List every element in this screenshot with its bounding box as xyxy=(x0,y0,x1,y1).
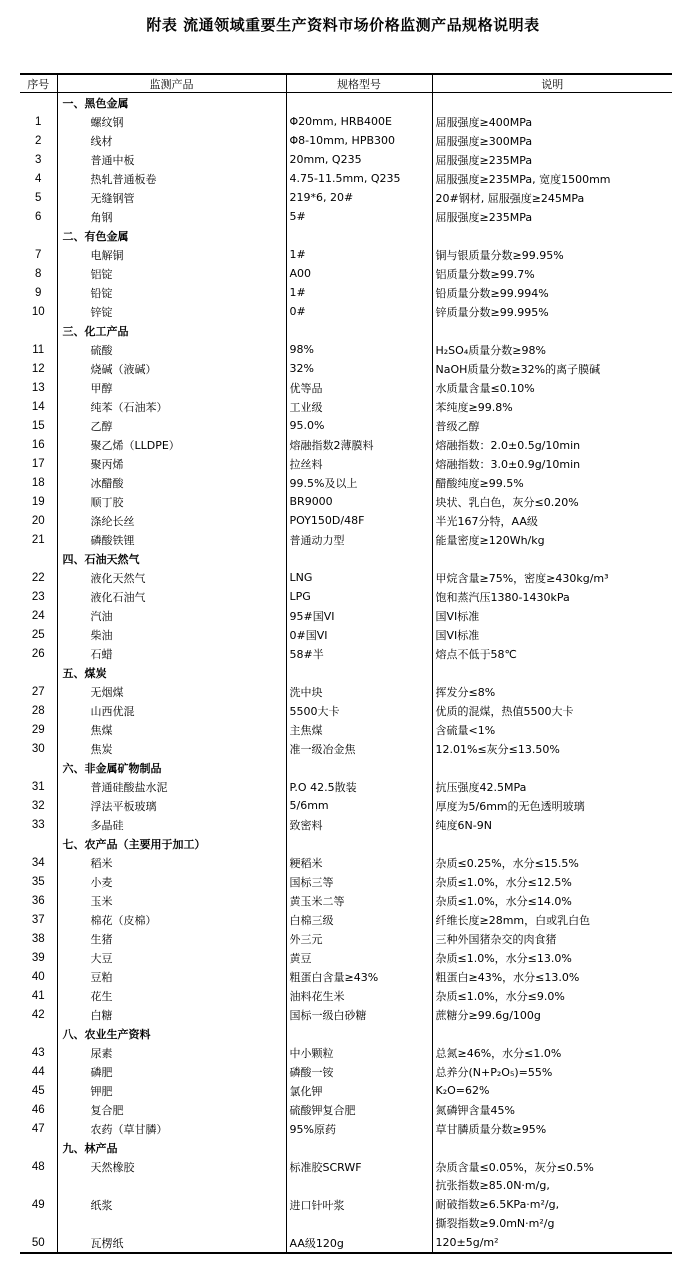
row-number: 35 xyxy=(20,872,57,891)
table-row: 29焦煤主焦煤含硫量<1% xyxy=(20,720,672,739)
table-row: 36玉米黄玉米二等杂质≤1.0%，水分≤14.0% xyxy=(20,891,672,910)
product-name: 涤纶长丝 xyxy=(57,511,286,530)
row-number: 33 xyxy=(20,815,57,834)
table-row: 26石蜡58#半熔点不低于58℃ xyxy=(20,644,672,663)
table-row: 47农药（草甘膦）95%原药草甘膦质量分数≥95% xyxy=(20,1119,672,1138)
row-number-cell xyxy=(20,663,57,682)
table-header-row: 序号 监测产品 规格型号 说明 xyxy=(20,74,672,93)
description: 国VI标准 xyxy=(432,625,672,644)
product-name: 螺纹钢 xyxy=(57,112,286,131)
product-name: 角钢 xyxy=(57,207,286,226)
category-label: 四、石油天然气 xyxy=(57,549,286,568)
row-number: 22 xyxy=(20,568,57,587)
spec-model: 4.75-11.5mm, Q235 xyxy=(286,169,432,188)
product-name: 锌锭 xyxy=(57,302,286,321)
spec-model: 5500大卡 xyxy=(286,701,432,720)
row-number: 50 xyxy=(20,1233,57,1253)
table-row: 11硫酸98%H₂SO₄质量分数≥98% xyxy=(20,340,672,359)
product-name: 无烟煤 xyxy=(57,682,286,701)
table-row: 2线材Φ8-10mm, HPB300屈服强度≥300MPa xyxy=(20,131,672,150)
table-row: 45钾肥氯化钾K₂O=62% xyxy=(20,1081,672,1100)
description: 粗蛋白≥43%，水分≤13.0% xyxy=(432,967,672,986)
spec-model: 5/6mm xyxy=(286,796,432,815)
spec-model: POY150D/48F xyxy=(286,511,432,530)
table-row: 5无缝钢管219*6, 20#20#钢材, 屈服强度≥245MPa xyxy=(20,188,672,207)
product-name: 普通硅酸盐水泥 xyxy=(57,777,286,796)
table-row: 6角钢5#屈服强度≥235MPa xyxy=(20,207,672,226)
product-name: 山西优混 xyxy=(57,701,286,720)
row-number: 23 xyxy=(20,587,57,606)
product-name: 乙醇 xyxy=(57,416,286,435)
spec-model: 黄玉米二等 xyxy=(286,891,432,910)
description: 苯纯度≥99.8% xyxy=(432,397,672,416)
row-number: 14 xyxy=(20,397,57,416)
category-row: 四、石油天然气 xyxy=(20,549,672,568)
spec-model: 32% xyxy=(286,359,432,378)
table-row: 25柴油0#国VI国VI标准 xyxy=(20,625,672,644)
description: 纯度6N-9N xyxy=(432,815,672,834)
category-label: 五、煤炭 xyxy=(57,663,286,682)
product-name: 棉花（皮棉） xyxy=(57,910,286,929)
table-row: 4热轧普通板卷4.75-11.5mm, Q235屈服强度≥235MPa, 宽度1… xyxy=(20,169,672,188)
description: 锌质量分数≥99.995% xyxy=(432,302,672,321)
table-row: 40豆粕粗蛋白含量≥43%粗蛋白≥43%，水分≤13.0% xyxy=(20,967,672,986)
spec-model: 进口针叶浆 xyxy=(286,1176,432,1233)
spec-model: 219*6, 20# xyxy=(286,188,432,207)
product-name: 石蜡 xyxy=(57,644,286,663)
table-row: 49纸浆进口针叶浆抗张指数≥85.0N·m/g,耐破指数≥6.5KPa·m²/g… xyxy=(20,1176,672,1233)
spec-model: Φ20mm, HRB400E xyxy=(286,112,432,131)
description: K₂O=62% xyxy=(432,1081,672,1100)
row-number: 38 xyxy=(20,929,57,948)
spec-model: 20mm, Q235 xyxy=(286,150,432,169)
spec-model: 洗中块 xyxy=(286,682,432,701)
spec-model: 白棉三级 xyxy=(286,910,432,929)
row-number: 32 xyxy=(20,796,57,815)
row-number: 40 xyxy=(20,967,57,986)
table-row: 12烧碱（液碱）32%NaOH质量分数≥32%的离子膜碱 xyxy=(20,359,672,378)
table-row: 19顺丁胶BR9000块状、乳白色，灰分≤0.20% xyxy=(20,492,672,511)
spec-model: 0# xyxy=(286,302,432,321)
spec-model: 国标三等 xyxy=(286,872,432,891)
description: 抗压强度42.5MPa xyxy=(432,777,672,796)
spec-model: 磷酸一铵 xyxy=(286,1062,432,1081)
spec-model: 中小颗粒 xyxy=(286,1043,432,1062)
description: 杂质≤1.0%，水分≤14.0% xyxy=(432,891,672,910)
spec-model: A00 xyxy=(286,264,432,283)
spec-model: 氯化钾 xyxy=(286,1081,432,1100)
row-number: 10 xyxy=(20,302,57,321)
product-name: 稻米 xyxy=(57,853,286,872)
product-name: 瓦楞纸 xyxy=(57,1233,286,1253)
product-name: 多晶硅 xyxy=(57,815,286,834)
row-number: 41 xyxy=(20,986,57,1005)
row-number: 9 xyxy=(20,283,57,302)
table-row: 20涤纶长丝POY150D/48F半光167分特，AA级 xyxy=(20,511,672,530)
description-line: 撕裂指数≥9.0mN·m²/g xyxy=(436,1214,673,1233)
spec-table: 序号 监测产品 规格型号 说明 一、黑色金属1螺纹钢Φ20mm, HRB400E… xyxy=(20,73,672,1254)
spec-model: 致密料 xyxy=(286,815,432,834)
row-number: 47 xyxy=(20,1119,57,1138)
table-row: 46复合肥硫酸钾复合肥氮磷钾含量45% xyxy=(20,1100,672,1119)
table-row: 30焦炭准一级冶金焦12.01%≤灰分≤13.50% xyxy=(20,739,672,758)
row-number-cell xyxy=(20,1138,57,1157)
spec-model: 硫酸钾复合肥 xyxy=(286,1100,432,1119)
category-label: 三、化工产品 xyxy=(57,321,286,340)
description: 杂质≤1.0%，水分≤13.0% xyxy=(432,948,672,967)
product-name: 小麦 xyxy=(57,872,286,891)
header-no: 序号 xyxy=(20,74,57,93)
row-number: 30 xyxy=(20,739,57,758)
spec-cell xyxy=(286,226,432,245)
spec-model: LPG xyxy=(286,587,432,606)
spec-cell xyxy=(286,321,432,340)
product-name: 电解铜 xyxy=(57,245,286,264)
desc-cell xyxy=(432,226,672,245)
header-product: 监测产品 xyxy=(57,74,286,93)
description: 杂质≤1.0%，水分≤12.5% xyxy=(432,872,672,891)
row-number: 2 xyxy=(20,131,57,150)
description: 能量密度≥120Wh/kg xyxy=(432,530,672,549)
description: 杂质含量≤0.05%，灰分≤0.5% xyxy=(432,1157,672,1176)
table-row: 24汽油95#国VI国VI标准 xyxy=(20,606,672,625)
table-row: 33多晶硅致密料纯度6N-9N xyxy=(20,815,672,834)
category-label: 八、农业生产资料 xyxy=(57,1024,286,1043)
spec-cell xyxy=(286,663,432,682)
row-number: 31 xyxy=(20,777,57,796)
product-name: 玉米 xyxy=(57,891,286,910)
description: 厚度为5/6mm的无色透明玻璃 xyxy=(432,796,672,815)
product-name: 天然橡胶 xyxy=(57,1157,286,1176)
description: 铝质量分数≥99.7% xyxy=(432,264,672,283)
product-name: 钾肥 xyxy=(57,1081,286,1100)
spec-model: 熔融指数2薄膜料 xyxy=(286,435,432,454)
product-name: 聚乙烯（LLDPE） xyxy=(57,435,286,454)
spec-model: 准一级冶金焦 xyxy=(286,739,432,758)
product-name: 烧碱（液碱） xyxy=(57,359,286,378)
table-row: 42白糖国标一级白砂糖蔗糖分≥99.6g/100g xyxy=(20,1005,672,1024)
table-row: 50瓦楞纸AA级120g120±5g/m² xyxy=(20,1233,672,1253)
table-row: 17聚丙烯拉丝料熔融指数：3.0±0.9g/10min xyxy=(20,454,672,473)
description: 屈服强度≥300MPa xyxy=(432,131,672,150)
spec-model: BR9000 xyxy=(286,492,432,511)
product-name: 热轧普通板卷 xyxy=(57,169,286,188)
category-label: 六、非金属矿物制品 xyxy=(57,758,286,777)
category-row: 六、非金属矿物制品 xyxy=(20,758,672,777)
row-number: 25 xyxy=(20,625,57,644)
description: 120±5g/m² xyxy=(432,1233,672,1253)
table-row: 35小麦国标三等杂质≤1.0%，水分≤12.5% xyxy=(20,872,672,891)
table-row: 21磷酸铁锂普通动力型能量密度≥120Wh/kg xyxy=(20,530,672,549)
table-row: 39大豆黄豆杂质≤1.0%，水分≤13.0% xyxy=(20,948,672,967)
product-name: 液化石油气 xyxy=(57,587,286,606)
spec-model: Φ8-10mm, HPB300 xyxy=(286,131,432,150)
category-row: 五、煤炭 xyxy=(20,663,672,682)
spec-model: 98% xyxy=(286,340,432,359)
row-number: 26 xyxy=(20,644,57,663)
spec-model: LNG xyxy=(286,568,432,587)
header-desc: 说明 xyxy=(432,74,672,93)
row-number: 49 xyxy=(20,1176,57,1233)
spec-model: 黄豆 xyxy=(286,948,432,967)
product-name: 顺丁胶 xyxy=(57,492,286,511)
category-row: 九、林产品 xyxy=(20,1138,672,1157)
row-number: 34 xyxy=(20,853,57,872)
description: 挥发分≤8% xyxy=(432,682,672,701)
description: 屈服强度≥235MPa xyxy=(432,207,672,226)
description: 草甘膦质量分数≥95% xyxy=(432,1119,672,1138)
description: 熔点不低于58℃ xyxy=(432,644,672,663)
row-number: 39 xyxy=(20,948,57,967)
desc-cell xyxy=(432,663,672,682)
table-row: 32浮法平板玻璃5/6mm厚度为5/6mm的无色透明玻璃 xyxy=(20,796,672,815)
table-row: 22液化天然气LNG甲烷含量≥75%，密度≥430kg/m³ xyxy=(20,568,672,587)
product-name: 线材 xyxy=(57,131,286,150)
table-row: 37棉花（皮棉）白棉三级纤维长度≥28mm，白或乳白色 xyxy=(20,910,672,929)
table-row: 3普通中板20mm, Q235屈服强度≥235MPa xyxy=(20,150,672,169)
product-name: 甲醇 xyxy=(57,378,286,397)
spec-model: 油料花生米 xyxy=(286,986,432,1005)
table-row: 28山西优混5500大卡优质的混煤，热值5500大卡 xyxy=(20,701,672,720)
spec-model: 95.0% xyxy=(286,416,432,435)
spec-model: 外三元 xyxy=(286,929,432,948)
product-name: 尿素 xyxy=(57,1043,286,1062)
category-row: 一、黑色金属 xyxy=(20,93,672,113)
description: 氮磷钾含量45% xyxy=(432,1100,672,1119)
product-name: 焦煤 xyxy=(57,720,286,739)
desc-cell xyxy=(432,758,672,777)
product-name: 复合肥 xyxy=(57,1100,286,1119)
spec-model: 58#半 xyxy=(286,644,432,663)
table-row: 13甲醇优等品水质量含量≤0.10% xyxy=(20,378,672,397)
row-number: 36 xyxy=(20,891,57,910)
spec-model: 粳稻米 xyxy=(286,853,432,872)
row-number: 42 xyxy=(20,1005,57,1024)
description: 屈服强度≥400MPa xyxy=(432,112,672,131)
product-name: 冰醋酸 xyxy=(57,473,286,492)
row-number: 17 xyxy=(20,454,57,473)
spec-cell xyxy=(286,758,432,777)
table-row: 43尿素中小颗粒总氮≥46%，水分≤1.0% xyxy=(20,1043,672,1062)
spec-model: 拉丝料 xyxy=(286,454,432,473)
table-row: 8铝锭A00铝质量分数≥99.7% xyxy=(20,264,672,283)
description: 12.01%≤灰分≤13.50% xyxy=(432,739,672,758)
row-number: 11 xyxy=(20,340,57,359)
category-row: 三、化工产品 xyxy=(20,321,672,340)
product-name: 焦炭 xyxy=(57,739,286,758)
description: 醋酸纯度≥99.5% xyxy=(432,473,672,492)
description: 甲烷含量≥75%，密度≥430kg/m³ xyxy=(432,568,672,587)
row-number: 8 xyxy=(20,264,57,283)
row-number-cell xyxy=(20,834,57,853)
description: 铜与银质量分数≥99.95% xyxy=(432,245,672,264)
row-number: 19 xyxy=(20,492,57,511)
row-number-cell xyxy=(20,321,57,340)
page-title: 附表 流通领域重要生产资料市场价格监测产品规格说明表 xyxy=(0,14,686,35)
spec-cell xyxy=(286,1024,432,1043)
product-name: 白糖 xyxy=(57,1005,286,1024)
desc-cell xyxy=(432,1138,672,1157)
row-number: 24 xyxy=(20,606,57,625)
row-number: 18 xyxy=(20,473,57,492)
table-row: 1螺纹钢Φ20mm, HRB400E屈服强度≥400MPa xyxy=(20,112,672,131)
description: 纤维长度≥28mm，白或乳白色 xyxy=(432,910,672,929)
row-number: 37 xyxy=(20,910,57,929)
spec-model: 普通动力型 xyxy=(286,530,432,549)
spec-model: 标准胶SCRWF xyxy=(286,1157,432,1176)
row-number: 3 xyxy=(20,150,57,169)
product-name: 液化天然气 xyxy=(57,568,286,587)
desc-cell xyxy=(432,1024,672,1043)
category-label: 二、有色金属 xyxy=(57,226,286,245)
row-number: 48 xyxy=(20,1157,57,1176)
spec-model: 5# xyxy=(286,207,432,226)
desc-cell xyxy=(432,93,672,113)
row-number-cell xyxy=(20,1024,57,1043)
table-row: 18冰醋酸99.5%及以上醋酸纯度≥99.5% xyxy=(20,473,672,492)
desc-cell xyxy=(432,834,672,853)
description: 三种外国猪杂交的肉食猪 xyxy=(432,929,672,948)
spec-cell xyxy=(286,834,432,853)
description: 蔗糖分≥99.6g/100g xyxy=(432,1005,672,1024)
description: 铅质量分数≥99.994% xyxy=(432,283,672,302)
description: 优质的混煤，热值5500大卡 xyxy=(432,701,672,720)
category-label: 九、林产品 xyxy=(57,1138,286,1157)
table-row: 15乙醇95.0%普级乙醇 xyxy=(20,416,672,435)
spec-model: 国标一级白砂糖 xyxy=(286,1005,432,1024)
table-row: 7电解铜1#铜与银质量分数≥99.95% xyxy=(20,245,672,264)
spec-cell xyxy=(286,93,432,113)
table-row: 34稻米粳稻米杂质≤0.25%，水分≤15.5% xyxy=(20,853,672,872)
product-name: 汽油 xyxy=(57,606,286,625)
description: NaOH质量分数≥32%的离子膜碱 xyxy=(432,359,672,378)
product-name: 纯苯（石油苯） xyxy=(57,397,286,416)
header-spec: 规格型号 xyxy=(286,74,432,93)
description: 屈服强度≥235MPa xyxy=(432,150,672,169)
table-row: 31普通硅酸盐水泥P.O 42.5散装抗压强度42.5MPa xyxy=(20,777,672,796)
description: 水质量含量≤0.10% xyxy=(432,378,672,397)
table-body: 一、黑色金属1螺纹钢Φ20mm, HRB400E屈服强度≥400MPa2线材Φ8… xyxy=(20,93,672,1254)
category-row: 八、农业生产资料 xyxy=(20,1024,672,1043)
row-number-cell xyxy=(20,93,57,113)
product-name: 纸浆 xyxy=(57,1176,286,1233)
description: 杂质≤0.25%，水分≤15.5% xyxy=(432,853,672,872)
row-number: 5 xyxy=(20,188,57,207)
description: 熔融指数：3.0±0.9g/10min xyxy=(432,454,672,473)
spec-cell xyxy=(286,1138,432,1157)
row-number: 27 xyxy=(20,682,57,701)
product-name: 磷肥 xyxy=(57,1062,286,1081)
table-row: 10锌锭0#锌质量分数≥99.995% xyxy=(20,302,672,321)
row-number-cell xyxy=(20,226,57,245)
desc-cell xyxy=(432,321,672,340)
product-name: 无缝钢管 xyxy=(57,188,286,207)
row-number: 4 xyxy=(20,169,57,188)
description: 饱和蒸汽压1380-1430kPa xyxy=(432,587,672,606)
description: 总养分(N+P₂O₅)=55% xyxy=(432,1062,672,1081)
row-number: 7 xyxy=(20,245,57,264)
description: 屈服强度≥235MPa, 宽度1500mm xyxy=(432,169,672,188)
row-number: 43 xyxy=(20,1043,57,1062)
table-row: 38生猪外三元三种外国猪杂交的肉食猪 xyxy=(20,929,672,948)
description: 总氮≥46%，水分≤1.0% xyxy=(432,1043,672,1062)
category-label: 七、农产品（主要用于加工） xyxy=(57,834,286,853)
row-number: 21 xyxy=(20,530,57,549)
product-name: 花生 xyxy=(57,986,286,1005)
table-row: 14纯苯（石油苯）工业级苯纯度≥99.8% xyxy=(20,397,672,416)
product-name: 铅锭 xyxy=(57,283,286,302)
product-name: 浮法平板玻璃 xyxy=(57,796,286,815)
product-name: 铝锭 xyxy=(57,264,286,283)
spec-model: 95%原药 xyxy=(286,1119,432,1138)
description: 含硫量<1% xyxy=(432,720,672,739)
description: H₂SO₄质量分数≥98% xyxy=(432,340,672,359)
spec-model: 粗蛋白含量≥43% xyxy=(286,967,432,986)
row-number: 12 xyxy=(20,359,57,378)
row-number: 1 xyxy=(20,112,57,131)
category-row: 二、有色金属 xyxy=(20,226,672,245)
description: 半光167分特，AA级 xyxy=(432,511,672,530)
spec-model: 主焦煤 xyxy=(286,720,432,739)
product-name: 硫酸 xyxy=(57,340,286,359)
product-name: 大豆 xyxy=(57,948,286,967)
category-label: 一、黑色金属 xyxy=(57,93,286,113)
spec-model: 1# xyxy=(286,245,432,264)
product-name: 聚丙烯 xyxy=(57,454,286,473)
description: 普级乙醇 xyxy=(432,416,672,435)
spec-model: AA级120g xyxy=(286,1233,432,1253)
spec-model: P.O 42.5散装 xyxy=(286,777,432,796)
row-number: 46 xyxy=(20,1100,57,1119)
row-number: 20 xyxy=(20,511,57,530)
description: 熔融指数：2.0±0.5g/10min xyxy=(432,435,672,454)
row-number-cell xyxy=(20,758,57,777)
table-row: 44磷肥磷酸一铵总养分(N+P₂O₅)=55% xyxy=(20,1062,672,1081)
product-name: 磷酸铁锂 xyxy=(57,530,286,549)
row-number: 28 xyxy=(20,701,57,720)
row-number: 16 xyxy=(20,435,57,454)
desc-cell xyxy=(432,549,672,568)
spec-model: 1# xyxy=(286,283,432,302)
table-row: 41花生油料花生米杂质≤1.0%，水分≤9.0% xyxy=(20,986,672,1005)
table-row: 9铅锭1#铅质量分数≥99.994% xyxy=(20,283,672,302)
table-row: 16聚乙烯（LLDPE）熔融指数2薄膜料熔融指数：2.0±0.5g/10min xyxy=(20,435,672,454)
row-number: 45 xyxy=(20,1081,57,1100)
description: 块状、乳白色，灰分≤0.20% xyxy=(432,492,672,511)
table-row: 23液化石油气LPG饱和蒸汽压1380-1430kPa xyxy=(20,587,672,606)
table-row: 48天然橡胶标准胶SCRWF杂质含量≤0.05%，灰分≤0.5% xyxy=(20,1157,672,1176)
category-row: 七、农产品（主要用于加工） xyxy=(20,834,672,853)
description: 抗张指数≥85.0N·m/g,耐破指数≥6.5KPa·m²/g,撕裂指数≥9.0… xyxy=(432,1176,672,1233)
row-number: 13 xyxy=(20,378,57,397)
spec-model: 0#国VI xyxy=(286,625,432,644)
description: 20#钢材, 屈服强度≥245MPa xyxy=(432,188,672,207)
spec-model: 99.5%及以上 xyxy=(286,473,432,492)
description-line: 抗张指数≥85.0N·m/g, xyxy=(436,1176,673,1195)
row-number: 44 xyxy=(20,1062,57,1081)
spec-model: 95#国VI xyxy=(286,606,432,625)
spec-model: 工业级 xyxy=(286,397,432,416)
spec-cell xyxy=(286,549,432,568)
product-name: 豆粕 xyxy=(57,967,286,986)
row-number: 29 xyxy=(20,720,57,739)
row-number: 15 xyxy=(20,416,57,435)
product-name: 生猪 xyxy=(57,929,286,948)
product-name: 柴油 xyxy=(57,625,286,644)
description: 杂质≤1.0%，水分≤9.0% xyxy=(432,986,672,1005)
row-number: 6 xyxy=(20,207,57,226)
row-number-cell xyxy=(20,549,57,568)
